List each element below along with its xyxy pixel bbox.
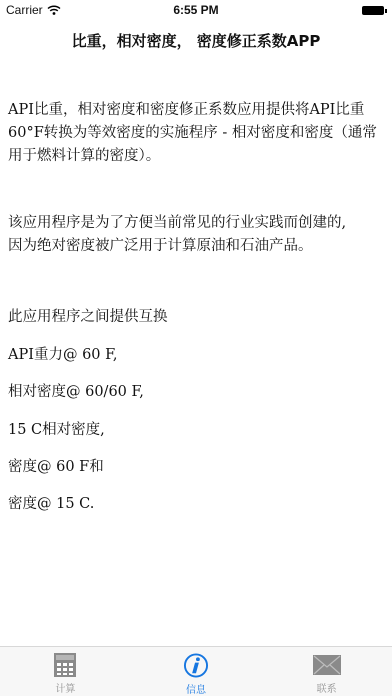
- status-time: 6:55 PM: [0, 3, 392, 17]
- tab-label: 联系: [317, 680, 337, 695]
- paragraph2-line: 因为绝对密度被广泛用于计算原油和石油产品。: [8, 234, 313, 255]
- mail-icon: [313, 653, 341, 677]
- paragraph1-line: API比重，相对密度和密度修正系数应用提供将API比重: [8, 98, 364, 119]
- list-item: 15 C相对密度,: [8, 418, 105, 439]
- tab-label: 计算: [55, 680, 75, 695]
- list-item: API重力@ 60 F,: [8, 343, 118, 364]
- calculator-icon: [53, 653, 77, 677]
- paragraph1-line: 60°F转换为等效密度的实施程序 - 相对密度和密度（通常: [8, 121, 377, 142]
- page-title: 比重，相对密度， 密度修正系数APP: [0, 30, 392, 51]
- paragraph2-line: 该应用程序是为了方便当前常见的行业实践而创建的,: [8, 211, 346, 232]
- tab-label: 信息: [186, 681, 206, 696]
- tab-info[interactable]: 信息: [131, 647, 262, 696]
- list-item: 密度@ 60 F和: [8, 455, 104, 476]
- paragraph1-line: 用于燃料计算的密度）。: [8, 144, 160, 165]
- tab-bar: 计算 信息 联系: [0, 646, 392, 696]
- info-icon: [183, 653, 209, 678]
- tab-calculate[interactable]: 计算: [0, 647, 131, 696]
- list-item: 相对密度@ 60/60 F,: [8, 380, 144, 401]
- status-bar: Carrier 6:55 PM: [0, 0, 392, 20]
- interchange-intro: 此应用程序之间提供互换: [8, 305, 168, 326]
- battery-icon: [362, 6, 384, 15]
- list-item: 密度@ 15 C.: [8, 492, 94, 513]
- tab-contact[interactable]: 联系: [261, 647, 392, 696]
